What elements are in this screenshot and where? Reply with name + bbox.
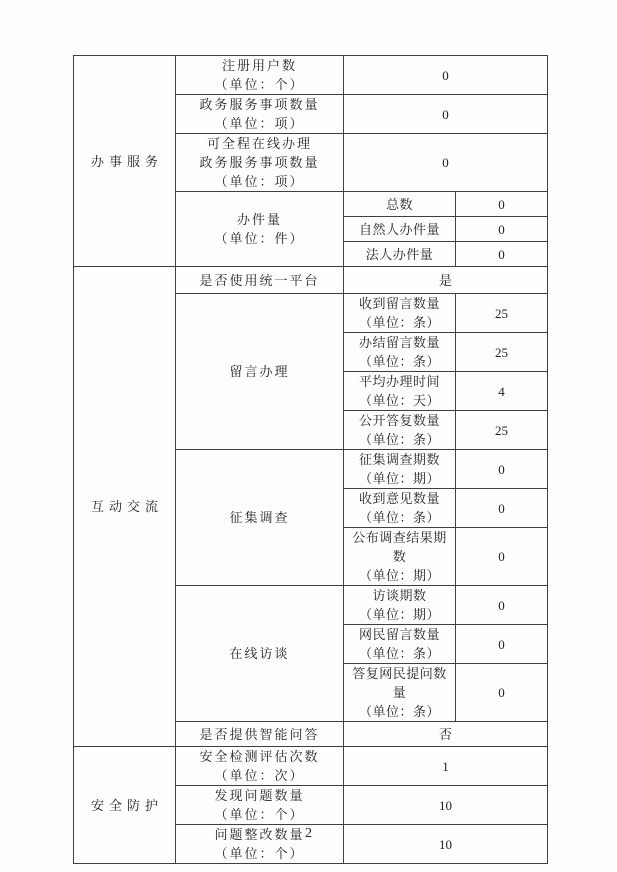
value-cell: 10	[344, 786, 548, 825]
group-label-cell: 办件量 （单位：件）	[176, 192, 344, 267]
group-label-cell: 留言办理	[176, 294, 344, 450]
item-label-cell: 发现问题数量 （单位：个）	[176, 786, 344, 825]
sub-item-label-cell: 总数	[344, 192, 456, 217]
value-cell: 0	[344, 95, 548, 134]
sub-item-label-cell: 访谈期数 （单位：期）	[344, 586, 456, 625]
value-cell: 0	[456, 450, 548, 489]
value-cell: 25	[456, 294, 548, 333]
value-cell: 0	[456, 192, 548, 217]
value-cell: 0	[456, 217, 548, 242]
value-cell: 0	[456, 528, 548, 586]
value-cell: 是	[344, 267, 548, 294]
sub-item-label-cell: 收到意见数量 （单位：条）	[344, 489, 456, 528]
sub-item-label-cell: 网民留言数量 （单位：条）	[344, 625, 456, 664]
sub-item-label-cell: 答复网民提问数量 （单位：条）	[344, 664, 456, 722]
item-label-cell: 是否使用统一平台	[176, 267, 344, 294]
item-label-cell: 是否提供智能问答	[176, 722, 344, 747]
value-cell: 0	[456, 242, 548, 267]
sub-item-label-cell: 征集调查期数 （单位：期）	[344, 450, 456, 489]
sub-item-label-cell: 公布调查结果期数 （单位：期）	[344, 528, 456, 586]
value-cell: 0	[456, 489, 548, 528]
value-cell: 25	[456, 411, 548, 450]
value-cell: 0	[456, 625, 548, 664]
sub-item-label-cell: 收到留言数量 （单位：条）	[344, 294, 456, 333]
category-cell-security: 安全防护	[74, 747, 176, 864]
value-cell: 否	[344, 722, 548, 747]
document-page: 办事服务 注册用户数 （单位：个） 0 政务服务事项数量 （单位：项） 0 可全…	[0, 0, 617, 872]
category-cell-service: 办事服务	[74, 56, 176, 267]
value-cell: 0	[456, 586, 548, 625]
value-cell: 25	[456, 333, 548, 372]
group-label-cell: 征集调查	[176, 450, 344, 586]
item-label-cell: 政务服务事项数量 （单位：项）	[176, 95, 344, 134]
item-label-cell: 安全检测评估次数 （单位：次）	[176, 747, 344, 786]
sub-item-label-cell: 平均办理时间 （单位：天）	[344, 372, 456, 411]
sub-item-label-cell: 公开答复数量 （单位：条）	[344, 411, 456, 450]
value-cell: 0	[344, 56, 548, 95]
value-cell: 1	[344, 747, 548, 786]
value-cell: 4	[456, 372, 548, 411]
sub-item-label-cell: 自然人办件量	[344, 217, 456, 242]
page-number: 2	[0, 826, 617, 842]
sub-item-label-cell: 法人办件量	[344, 242, 456, 267]
category-cell-interaction: 互动交流	[74, 267, 176, 747]
value-cell: 0	[456, 664, 548, 722]
item-label-cell: 注册用户数 （单位：个）	[176, 56, 344, 95]
group-label-cell: 在线访谈	[176, 586, 344, 722]
value-cell: 0	[344, 134, 548, 192]
item-label-cell: 可全程在线办理 政务服务事项数量 （单位：项）	[176, 134, 344, 192]
sub-item-label-cell: 办结留言数量 （单位：条）	[344, 333, 456, 372]
indicator-table: 办事服务 注册用户数 （单位：个） 0 政务服务事项数量 （单位：项） 0 可全…	[73, 55, 548, 864]
